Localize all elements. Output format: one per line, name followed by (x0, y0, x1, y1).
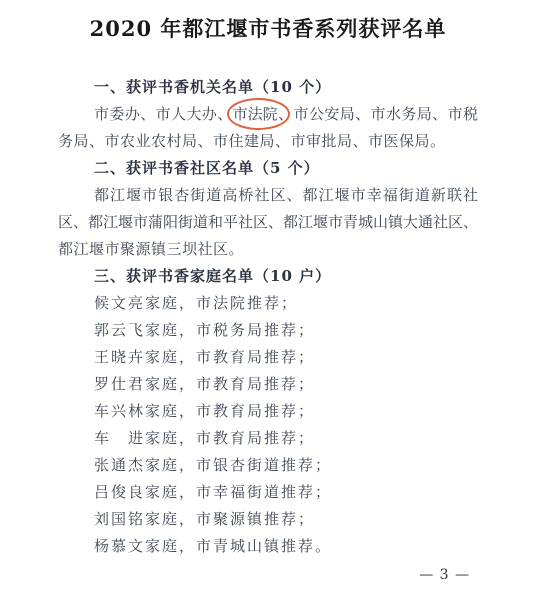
family-list-item: 郭云飞家庭，市税务局推荐； (58, 317, 478, 344)
family-list-item: 刘国铭家庭，市聚源镇推荐； (58, 506, 478, 533)
document-page: 2020 年都江堰市书香系列获评名单 一、获评书香机关名单（10 个） 市委办、… (0, 0, 536, 591)
section-organs-heading: 一、获评书香机关名单（10 个） (58, 74, 478, 101)
section-communities-line-1: 都江堰市银杏街道高桥社区、都江堰市幸福街道新联社 (58, 182, 478, 209)
family-list-item: 王晓卉家庭，市教育局推荐； (58, 344, 478, 371)
section-organs: 一、获评书香机关名单（10 个） 市委办、市人大办、市法院、市公安局、市水务局、… (58, 74, 478, 155)
family-list-item: 候文亮家庭，市法院推荐； (58, 290, 478, 317)
section-communities-heading: 二、获评书香社区名单（5 个） (58, 155, 478, 182)
section-communities: 二、获评书香社区名单（5 个） 都江堰市银杏街道高桥社区、都江堰市幸福街道新联社… (58, 155, 478, 263)
family-list-item: 罗仕君家庭，市教育局推荐； (58, 371, 478, 398)
section-communities-line-3: 都江堰市聚源镇三坝社区。 (58, 236, 478, 263)
family-list-item: 车兴林家庭，市教育局推荐； (58, 398, 478, 425)
section-families: 三、获评书香家庭名单（10 户） 候文亮家庭，市法院推荐； 郭云飞家庭，市税务局… (58, 263, 478, 560)
organs-text-before-circle: 市委办、市人大办、 (94, 105, 233, 123)
red-circle-annotation: 市法院 (233, 101, 278, 128)
section-communities-line-2: 区、都江堰市蒲阳街道和平社区、都江堰市青城山镇大通社区、 (58, 209, 478, 236)
section-organs-line-2: 务局、市农业农村局、市住建局、市审批局、市医保局。 (58, 128, 478, 155)
family-list-item: 张通杰家庭，市银杏街道推荐； (58, 452, 478, 479)
page-title: 2020 年都江堰市书香系列获评名单 (58, 14, 478, 44)
family-list-item: 吕俊良家庭，市幸福街道推荐； (58, 479, 478, 506)
family-list-item: 杨慕文家庭，市青城山镇推荐。 (58, 533, 478, 560)
family-list-item: 车 进家庭，市教育局推荐； (58, 425, 478, 452)
circled-text: 市法院 (233, 105, 278, 123)
section-organs-line-1: 市委办、市人大办、市法院、市公安局、市水务局、市税 (58, 101, 478, 128)
section-families-heading: 三、获评书香家庭名单（10 户） (58, 263, 478, 290)
organs-text-after-circle: 、市公安局、市水务局、市税 (278, 105, 478, 123)
page-number: — 3 — (58, 566, 478, 584)
